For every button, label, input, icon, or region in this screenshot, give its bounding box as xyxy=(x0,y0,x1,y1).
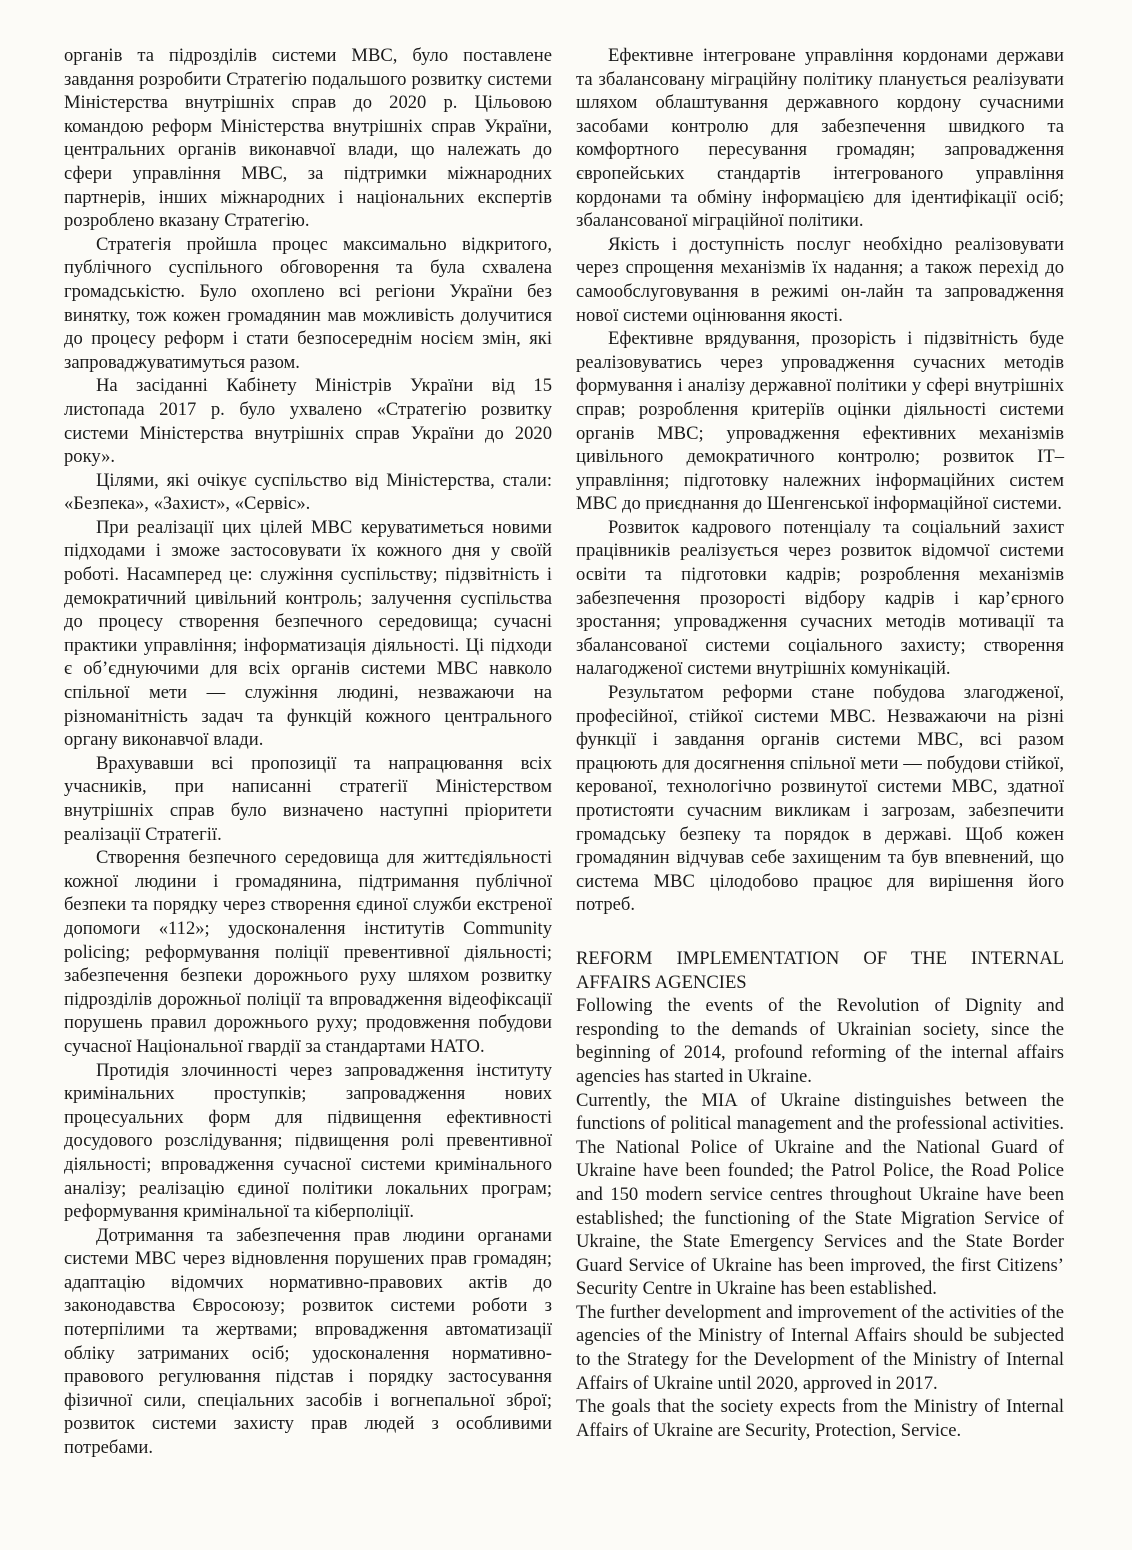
paragraph: Протидія злочинності через запровадження… xyxy=(64,1059,552,1224)
paragraph: Ефективне інтегроване управління кордона… xyxy=(576,44,1064,233)
section-heading: REFORM IMPLEMENTATION OF THE INTERNAL AF… xyxy=(576,947,1064,994)
paragraph-continuation: органів та підрозділів системи МВС, було… xyxy=(64,44,552,233)
paragraph: Currently, the MIA of Ukraine distinguis… xyxy=(576,1089,1064,1301)
paragraph: Якість і доступність послуг необхідно ре… xyxy=(576,233,1064,327)
paragraph: На засіданні Кабінету Міністрів України … xyxy=(64,374,552,468)
paragraph: Розвиток кадрового потенціалу та соціаль… xyxy=(576,516,1064,681)
paragraph: The further development and improvement … xyxy=(576,1301,1064,1395)
paragraph: Стратегія пройшла процес максимально від… xyxy=(64,233,552,375)
paragraph: При реалізації цих цілей МВС керуватимет… xyxy=(64,516,552,752)
paragraph: Цілями, які очікує суспільство від Мініс… xyxy=(64,469,552,516)
paragraph: Дотримання та забезпечення прав людини о… xyxy=(64,1224,552,1460)
paragraph: Результатом реформи стане побудова злаго… xyxy=(576,681,1064,917)
paragraph: Following the events of the Revolution o… xyxy=(576,994,1064,1088)
english-section: REFORM IMPLEMENTATION OF THE INTERNAL AF… xyxy=(576,947,1064,1442)
right-column: Ефективне інтегроване управління кордона… xyxy=(576,44,1064,1442)
left-column: органів та підрозділів системи МВС, було… xyxy=(64,44,552,1460)
paragraph: Врахувавши всі пропозиції та напрацюванн… xyxy=(64,752,552,846)
paragraph: Ефективне врядування, прозорість і підзв… xyxy=(576,327,1064,516)
paragraph: The goals that the society expects from … xyxy=(576,1395,1064,1442)
paragraph: Створення безпечного середовища для житт… xyxy=(64,846,552,1058)
